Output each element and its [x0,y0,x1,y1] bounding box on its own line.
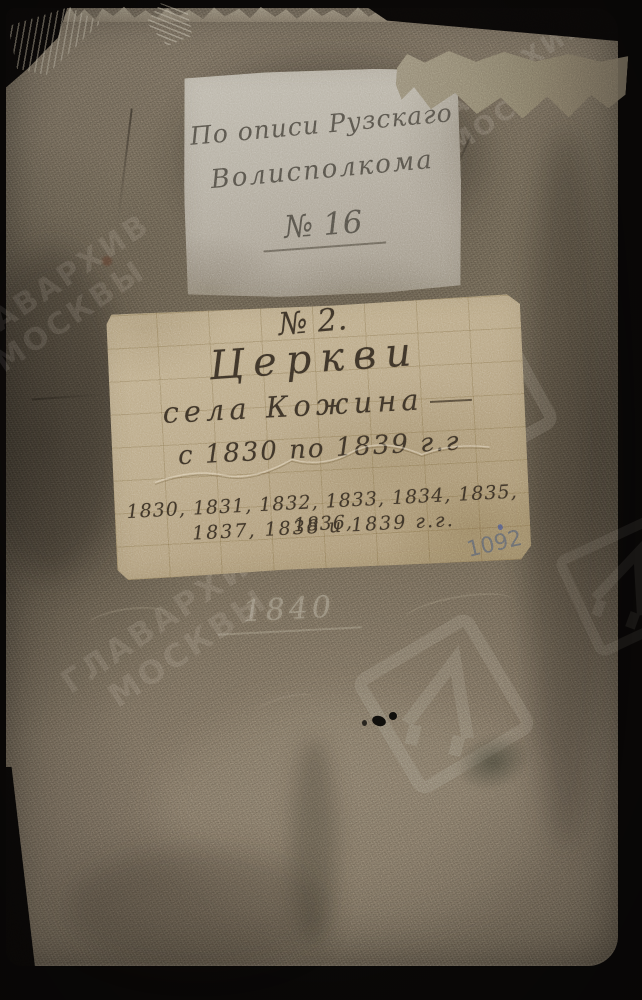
book-cover: ГЛАВАРХИВ МОСКВЫ ГЛАВАРХИВ МОСКВЫ ГЛАВАР… [6,8,618,966]
chalk-year: 1840 [216,588,362,636]
archive-code-number: 1092 [464,526,524,563]
title-label: № 2. Церкви села Кожина с 1830 по 1839 г… [104,293,533,580]
inventory-label: По описи Рузскаго Волисполкома № 16 [182,67,464,299]
inventory-line-1: По описи Рузскаго [182,98,460,152]
photo-stage: ГЛАВАРХИВ МОСКВЫ ГЛАВАРХИВ МОСКВЫ ГЛАВАР… [0,0,642,1000]
flourish-stroke [430,399,472,403]
ink-spot [389,712,397,720]
inventory-number-text: № 16 [261,203,386,253]
inventory-number: № 16 [184,197,463,258]
fabric-stain [66,848,326,968]
inventory-line-2: Волисполкома [183,143,462,198]
ink-spot [362,720,367,726]
archive-code-text: 1092 [464,526,524,563]
